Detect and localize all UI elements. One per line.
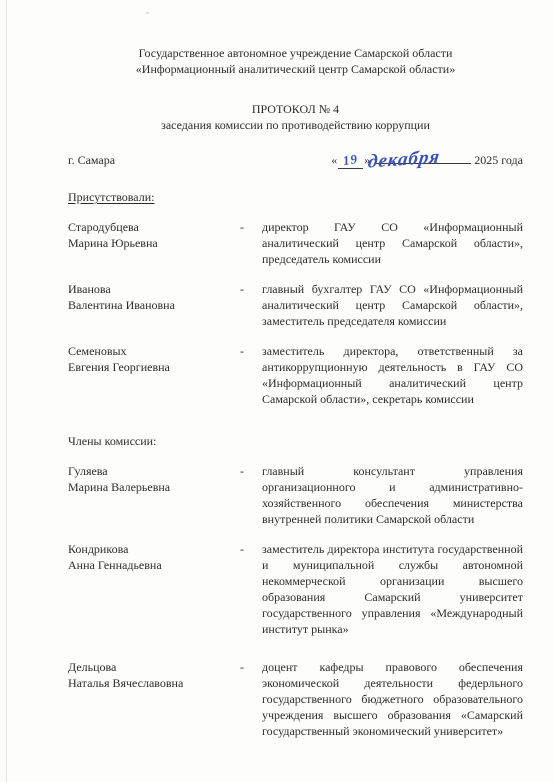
attendee-given-names: Евгения Георгиевна: [68, 359, 240, 375]
organization-name-line1: Государственное автономное учреждение Са…: [68, 45, 523, 61]
attendees-section-label: Присутствовали:: [68, 189, 523, 205]
member-surname: Дельцова: [68, 659, 240, 675]
member-given-names: Анна Геннадьевна: [68, 557, 240, 573]
member-given-names: Марина Валерьевна: [68, 479, 240, 495]
member-role: заместитель директора института государс…: [262, 541, 523, 637]
member-surname: Кондрикова: [68, 541, 240, 557]
attendee-surname: Семеновых: [68, 343, 240, 359]
attendee-name: Семеновых Евгения Георгиевна: [68, 343, 240, 407]
attendee-given-names: Валентина Ивановна: [68, 297, 240, 313]
date-day-blank: 19: [338, 152, 363, 169]
attendee-surname: Иванова: [68, 281, 240, 297]
members-section-label: Члены комиссии:: [68, 433, 523, 449]
document-title-block: ПРОТОКОЛ № 4 заседания комиссии по проти…: [68, 101, 523, 133]
member-name: Дельцова Наталья Вячеславовна: [68, 659, 240, 739]
attendee-row: Стародубцева Марина Юрьевна - директор Г…: [68, 219, 523, 267]
date-month-blank: декабря: [374, 149, 471, 164]
member-name: Кондрикова Анна Геннадьевна: [68, 541, 240, 637]
page-content: Государственное автономное учреждение Са…: [0, 0, 554, 739]
document-subtitle: заседания комиссии по противодействию ко…: [68, 117, 523, 133]
city-date-row: г. Самара «19»декабря2025 года: [68, 149, 523, 179]
organization-name-line2: «Информационный аналитический центр Сама…: [68, 61, 523, 77]
attendee-surname: Стародубцева: [68, 219, 240, 235]
dash-separator: -: [240, 281, 262, 329]
organization-header: Государственное автономное учреждение Са…: [68, 45, 523, 77]
attendee-role: заместитель директора, ответственный за …: [262, 343, 523, 407]
handwritten-day: 19: [342, 151, 360, 169]
dash-separator: -: [240, 541, 262, 637]
attendee-role: директор ГАУ СО «Информационный аналитич…: [262, 219, 523, 267]
attendee-row: Иванова Валентина Ивановна - главный бух…: [68, 281, 523, 329]
member-row: Гуляева Марина Валерьевна - главный конс…: [68, 463, 523, 527]
attendee-row: Семеновых Евгения Георгиевна - заместите…: [68, 343, 523, 407]
dash-separator: -: [240, 463, 262, 527]
document-title: ПРОТОКОЛ № 4: [68, 101, 523, 117]
dash-separator: -: [240, 659, 262, 739]
quote-open: «: [331, 153, 337, 167]
attendee-name: Иванова Валентина Ивановна: [68, 281, 240, 329]
dash-separator: -: [240, 343, 262, 407]
member-role: доцент кафедры правового обеспечения эко…: [262, 659, 523, 739]
attendee-role: главный бухгалтер ГАУ СО «Информационный…: [262, 281, 523, 329]
dash-separator: -: [240, 219, 262, 267]
attendee-given-names: Марина Юрьевна: [68, 235, 240, 251]
city-label: г. Самара: [68, 152, 115, 168]
member-name: Гуляева Марина Валерьевна: [68, 463, 240, 527]
attendee-name: Стародубцева Марина Юрьевна: [68, 219, 240, 267]
member-given-names: Наталья Вячеславовна: [68, 675, 240, 691]
member-row: Дельцова Наталья Вячеславовна - доцент к…: [68, 659, 523, 739]
handwritten-month: декабря: [367, 149, 441, 170]
member-row: Кондрикова Анна Геннадьевна - заместител…: [68, 541, 523, 637]
date-group: «19»декабря2025 года: [331, 149, 523, 169]
document-page: Государственное автономное учреждение Са…: [0, 0, 554, 782]
year-label: 2025 года: [474, 153, 523, 167]
member-surname: Гуляева: [68, 463, 240, 479]
member-role: главный консультант управления организац…: [262, 463, 523, 527]
